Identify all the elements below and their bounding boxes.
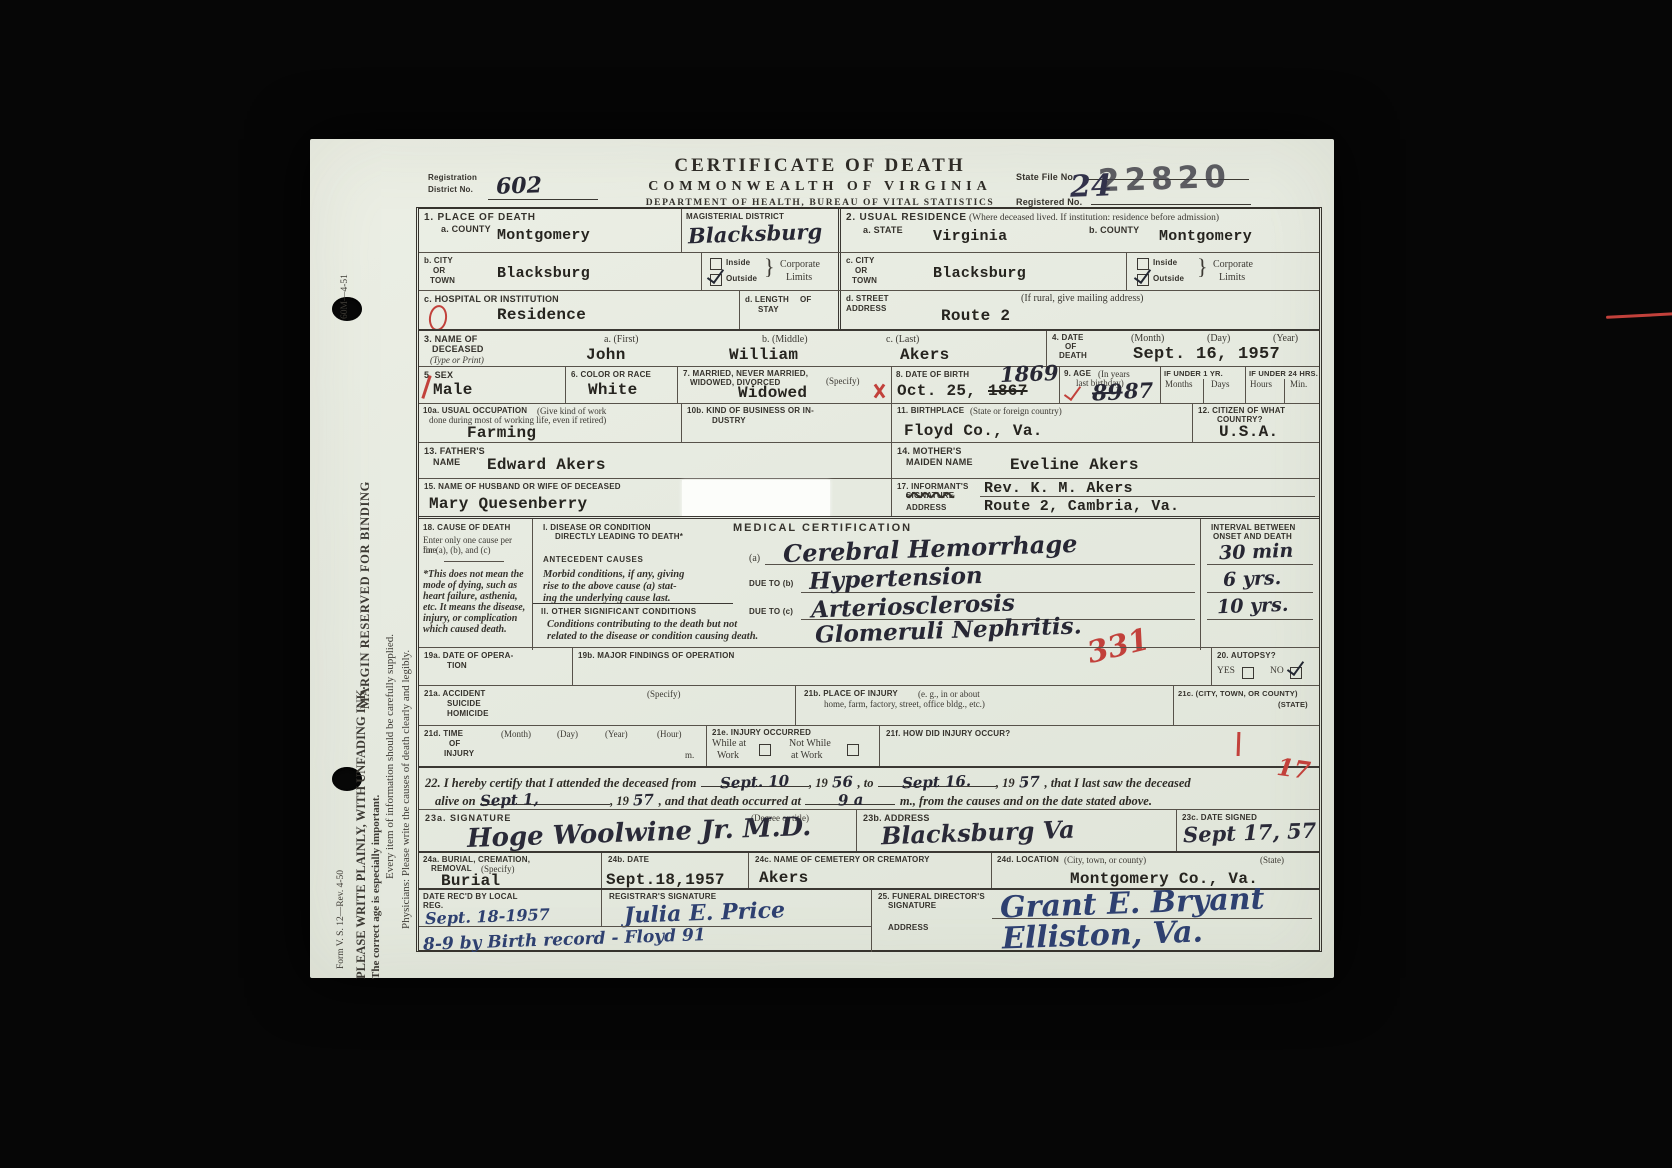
margin-physicians-note: Physicians: Please write the causes of d… [400,289,412,929]
field-place-corporate-limits: Inside Outside } Corporate Limits [701,253,839,291]
certify-text-3: , that I last saw the deceased [1044,776,1190,790]
accident-label: 21a. ACCIDENT [424,689,485,698]
field-if-under-24hrs: IF UNDER 24 HRS. Hours Min. [1245,367,1320,404]
interval-b-value: 6 yrs. [1223,567,1282,591]
age-value: 87 [1124,377,1154,403]
row-time-of-injury: 21d. TIME OF INJURY (Month) (Day) (Year)… [419,725,1319,767]
cause-a-value: Cerebral Hemorrhage [783,529,1078,568]
field-length-of-stay: d. LENGTH OF STAY [739,291,839,330]
registration-district: Registration District No. [428,173,477,194]
field-interval-onset-death: INTERVAL BETWEEN ONSET AND DEATH 30 min … [1200,519,1320,650]
mother-name-value: Eveline Akers [1010,456,1139,474]
field-hospital: c. HOSPITAL OR INSTITUTION Residence [419,291,739,330]
first-name-value: John [586,346,626,364]
place-city-value: Blacksburg [497,265,590,282]
birth-record-footnote: 8-9 by Birth record - Floyd 91 [423,925,706,955]
citizen-label-1: 12. CITIZEN OF WHAT [1198,406,1285,415]
row-operation-autopsy: 19a. DATE OF OPERA- TION 19b. MAJOR FIND… [419,647,1319,686]
marital-specify-note: (Specify) [826,376,860,386]
autopsy-label: 20. AUTOPSY? [1217,651,1276,660]
father-label: 13. FATHER'S [424,446,485,456]
margin-supply-note: Every item of information should be care… [384,259,396,879]
cemetery-value: Akers [759,869,809,887]
funeral-address-value: Elliston, Va. [1001,915,1203,957]
registrar-block: DATE REC'D BY LOCAL REG. Sept. 18-1957 R… [419,890,871,952]
disease-label-2: DIRECTLY LEADING TO DEATH* [555,532,683,541]
attended-from-year: 56 [832,773,853,792]
operation-date-label-1: 19a. DATE OF OPERA- [424,651,513,660]
informant-name-line [980,496,1315,497]
date-of-death-of: OF [1065,342,1077,351]
accident-specify-note: (Specify) [647,689,681,699]
time-of-injury-injury: INJURY [444,749,474,758]
business-label-2: DUSTRY [712,416,746,425]
color-race-label: 6. COLOR OR RACE [571,370,651,379]
burial-date-value: Sept.18,1957 [606,871,725,889]
state-file-label: State File No. [1016,172,1076,182]
outside-label: Outside [726,274,757,283]
informant-signature-struck: SIGNATURE [906,491,954,500]
death-day-label: (Day) [1207,333,1230,344]
certify-text-5: , and that death occurred at [659,794,801,808]
hospital-value: Residence [497,306,586,324]
row-cause-of-death: 18. CAUSE OF DEATH Enter only one cause … [419,516,1319,650]
informant-name-value: Rev. K. M. Akers [984,480,1133,497]
red-check-sex [421,375,431,399]
due-to-c-label: DUE TO (c) [749,607,793,616]
at-work-label: at Work [791,750,823,761]
length-of-stay-stay: STAY [758,305,779,314]
under-1yr-divider [1203,379,1204,404]
place-of-injury-note-2: home, farm, factory, street, office bldg… [824,699,985,709]
certify-text-1: 22. I hereby certify that I attended the… [425,776,696,790]
suicide-label: SUICIDE [447,699,481,708]
certificate-form: 1. PLACE OF DEATH a. COUNTY Montgomery M… [416,207,1322,952]
burial-label-1: 24a. BURIAL, CREMATION, [423,855,530,864]
disease-label-1: I. DISEASE OR CONDITION [543,523,651,532]
field-mother-name: 14. MOTHER'S MAIDEN NAME Eveline Akers [891,443,1320,479]
marital-label-1: 7. MARRIED, NEVER MARRIED, [683,369,808,378]
major-findings-label: 19b. MAJOR FINDINGS OF OPERATION [578,651,735,660]
residence-state-label: a. STATE [863,225,903,235]
father-name-value: Edward Akers [487,456,606,474]
signature-label: 23a. SIGNATURE [425,813,511,823]
place-of-injury-label: 21b. PLACE OF INJURY [804,689,898,698]
date-signed-value: Sept 17, 57 [1183,818,1317,848]
birth-year-struck: 1867 [988,382,1028,400]
residence-inside-label: Inside [1153,258,1177,267]
correction-patch [682,480,830,516]
work-label: Work [717,750,739,761]
spouse-label: 15. NAME OF HUSBAND OR WIFE OF DECEASED [424,482,621,491]
birthplace-note: (State or foreign country) [970,406,1062,416]
date-recd-value: Sept. 18-1957 [425,905,550,928]
age-label: 9. AGE [1064,369,1091,378]
field-cemetery-name: 24c. NAME OF CEMETERY OR CREMATORY Akers [748,853,992,890]
field-date-of-death: 4. DATE OF DEATH (Month) (Day) (Year) Se… [1046,331,1320,368]
field-date-of-birth: 8. DATE OF BIRTH 1869 Oct. 25, 1867 [891,367,1060,404]
injury-month-label: (Month) [501,729,531,739]
field-injury-occurred: 21e. INJURY OCCURRED While at Work Not W… [706,726,880,767]
red-check-age [1064,382,1081,401]
limits-label: Limits [786,272,812,283]
informant-address-value: Route 2, Cambria, Va. [984,498,1179,515]
field-magisterial-district: MAGISTERIAL DISTRICT Blacksburg [681,209,839,252]
not-while-label: Not While [789,738,831,749]
photo-backdrop: 60M—4-51 Form V. S. 12—Rev. 4-50 MARGIN … [0,0,1672,1168]
medical-certification-title: MEDICAL CERTIFICATION [733,522,912,534]
field-if-under-1yr: IF UNDER 1 YR. Months Days [1160,367,1246,404]
certificate-title: CERTIFICATE OF DEATH [610,155,1030,177]
field-informant: 17. INFORMANT'S SIGNATURE ADDRESS Rev. K… [891,479,1320,517]
corporate-brace: } [764,254,775,280]
location-note: (City, town, or county) [1064,855,1146,865]
last-name-label: c. (Last) [886,334,919,345]
autopsy-yes-checkbox [1242,667,1254,679]
row-accident: 21a. ACCIDENT SUICIDE HOMICIDE (Specify)… [419,685,1319,726]
field-birthplace: 11. BIRTHPLACE (State or foreign country… [891,404,1193,443]
residence-city-town: TOWN [852,276,877,285]
citizen-value: U.S.A. [1219,423,1278,441]
antecedent-causes-label: ANTECEDENT CAUSES [543,555,643,564]
street-address-note: (If rural, give mailing address) [1021,293,1143,304]
residence-limits-label: Limits [1219,272,1245,283]
field-accident-suicide: 21a. ACCIDENT SUICIDE HOMICIDE (Specify) [419,686,795,726]
residence-county-value: Montgomery [1159,228,1252,245]
red-17-mark: 17 [1275,752,1312,785]
attended-to-year: 57 [1019,773,1040,792]
time-of-injury-of: OF [449,739,461,748]
alive-on-value: Sept 1, [480,790,539,810]
months-label: Months [1165,379,1193,389]
place-city-label: b. CITY [424,256,453,265]
residence-outside-label: Outside [1153,274,1184,283]
row-certification: 22. I hereby certify that I attended the… [419,766,1319,811]
registrar-signature-value: Julia E. Price [624,897,786,929]
place-of-death-title: 1. PLACE OF DEATH [424,212,536,223]
state-file-number-stamp: 22820 [1097,159,1231,200]
funeral-address-label: ADDRESS [888,923,929,932]
injury-hour-label: (Hour) [657,729,682,739]
death-month-label: (Month) [1131,333,1164,344]
due-to-b-label: DUE TO (b) [749,579,794,588]
location-label: 24d. LOCATION [997,855,1059,864]
row-spouse-informant: 15. NAME OF HUSBAND OR WIFE OF DECEASED … [419,478,1319,517]
mother-label: 14. MOTHER'S [897,446,962,456]
certification-line-2: alive on Sept 1,, 19 57 , and that death… [435,791,1313,810]
occupation-label: 10a. USUAL OCCUPATION [423,406,527,415]
spouse-name-value: Mary Quesenberry [429,495,587,513]
alive-on-year: 57 [633,791,654,810]
field-deceased-names: a. (First) John b. (Middle) William c. (… [564,331,1046,368]
injury-m-label: m. [685,750,694,760]
location-state-note: (State) [1260,855,1284,865]
while-at-label: While at [712,738,746,749]
injury-year-label: (Year) [605,729,628,739]
row-physician-signature: 23a. SIGNATURE (Degree or title) Hoge Wo… [419,809,1319,852]
residence-corporate-brace: } [1197,254,1208,280]
place-of-injury-note-1: (e. g., in or about [918,689,980,699]
other-conditions-label: II. OTHER SIGNIFICANT CONDITIONS [541,607,696,616]
form-code: Form V. S. 12—Rev. 4-50 [336,779,346,969]
funeral-director-block: 25. FUNERAL DIRECTOR'S SIGNATURE Grant E… [871,890,1320,952]
red-underline-mark [1606,312,1672,319]
magisterial-district-value: Blacksburg [688,219,823,249]
street-address-label: d. STREET [846,294,889,303]
interval-b-line [1207,592,1313,593]
district-no-value: 602 [496,172,543,200]
margin-plainly-note: PLEASE WRITE PLAINLY, WITH UNFADING INK. [354,609,369,979]
field-street-address: d. STREET ADDRESS (If rural, give mailin… [838,291,1322,330]
cause-note-2: *This does not mean the mode of dying, s… [423,569,527,635]
interval-c-line [1207,619,1313,620]
other-conditions-divider [533,603,733,604]
sex-value: Male [433,381,473,399]
min-label: Min. [1290,379,1307,389]
field-place-of-death-county: 1. PLACE OF DEATH a. COUNTY Montgomery [419,209,681,252]
cause-a-label: (a) [749,553,760,564]
field-color-race: 6. COLOR OR RACE White [565,367,678,404]
certificate-header: CERTIFICATE OF DEATH COMMONWEALTH OF VIR… [610,155,1030,208]
row-city-town: b. CITY OR TOWN Blacksburg Inside Outsid… [419,252,1319,291]
date-recd-label-1: DATE REC'D BY LOCAL [423,892,518,901]
while-at-work-checkbox [759,744,771,756]
field-physician-address: 23b. ADDRESS Blacksburg Va [856,810,1177,852]
field-injury-city: 21c. (CITY, TOWN, OR COUNTY) (STATE) [1173,686,1320,726]
county-label: a. COUNTY [441,224,491,234]
cause-b-value: Hypertension [809,562,984,595]
row-place-residence: 1. PLACE OF DEATH a. COUNTY Montgomery M… [419,209,1319,252]
residence-city-label: c. CITY [846,256,875,265]
date-of-death-label: 4. DATE [1052,333,1083,342]
field-residence-corporate-limits: Inside Outside } Corporate Limits [1126,253,1320,291]
registrar-divider [601,890,602,926]
funeral-director-label-1: 25. FUNERAL DIRECTOR'S [878,892,985,901]
red-tick-21f [1237,732,1241,756]
father-name-label: NAME [433,457,460,467]
death-certificate: 60M—4-51 Form V. S. 12—Rev. 4-50 MARGIN … [310,139,1334,978]
field-name-of-deceased-label: 3. NAME OF DECEASED (Type or Print) [419,331,564,368]
birthplace-label: 11. BIRTHPLACE [897,406,964,415]
attended-to-value: Sept 16. [902,772,972,792]
middle-name-value: William [729,346,798,364]
margin-age-note: The correct age is especially important. [370,639,382,979]
operation-date-label-2: TION [447,661,467,670]
red-zero-mark [427,304,448,332]
field-spouse-name: 15. NAME OF HUSBAND OR WIFE OF DECEASED … [419,479,891,517]
attended-from-value: Sept. 10 [720,772,790,792]
residence-corporate-label: Corporate [1213,259,1253,270]
last-name-value: Akers [900,346,950,364]
autopsy-no-label: NO [1270,666,1284,676]
physician-address-value: Blacksburg Va [881,815,1076,851]
interval-a-value: 30 min [1219,540,1294,565]
date-of-birth-label: 8. DATE OF BIRTH [896,370,969,379]
hospital-label: c. HOSPITAL OR INSTITUTION [424,294,559,304]
field-sex: 5. SEX Male [419,367,565,404]
informant-address-label: ADDRESS [906,503,947,512]
row-hospital-street: c. HOSPITAL OR INSTITUTION Residence d. … [419,290,1319,330]
cause-of-death-title: 18. CAUSE OF DEATH [423,523,510,532]
other-conditions-note-1: Conditions contributing to the death but… [547,619,737,630]
date-of-death-value: Sept. 16, 1957 [1133,345,1280,364]
inside-label: Inside [726,258,750,267]
death-year-label: (Year) [1273,333,1298,344]
field-date-signed: 23c. DATE SIGNED Sept 17, 57 [1176,810,1320,852]
field-burial-date: 24b. DATE Sept.18,1957 [601,853,749,890]
antecedent-note-2: rise to the above cause (a) stat- [543,581,677,592]
field-marital-status: 7. MARRIED, NEVER MARRIED, WIDOWED, DIVO… [677,367,892,404]
informant-label: 17. INFORMANT'S [897,482,969,491]
length-of-stay-of: OF [800,295,812,304]
injury-occurred-label: 21e. INJURY OCCURRED [712,728,811,737]
usual-residence-title: 2. USUAL RESIDENCE [846,212,967,223]
physician-signature-value: Hoge Woolwine Jr. M.D. [467,812,812,854]
field-how-injury-occurred: 21f. HOW DID INJURY OCCUR? [879,726,1320,767]
field-usual-residence: 2. USUAL RESIDENCE (Where deceased lived… [838,209,1322,252]
field-place-city: b. CITY OR TOWN Blacksburg [419,253,701,291]
district-no-label: District No. [428,185,477,194]
field-physician-signature: 23a. SIGNATURE (Degree or title) Hoge Wo… [419,810,856,852]
row-registrar-funeral: DATE REC'D BY LOCAL REG. Sept. 18-1957 R… [419,888,1319,952]
residence-state-value: Virginia [933,228,1007,245]
certify-text-4: alive on [435,794,476,808]
homicide-label: HOMICIDE [447,709,489,718]
field-major-findings: 19b. MAJOR FINDINGS OF OPERATION [572,648,1212,686]
residence-city-or: OR [855,266,867,275]
autopsy-yes-label: YES [1217,666,1235,676]
field-occupation: 10a. USUAL OCCUPATION (Give kind of work… [419,404,681,443]
field-father-name: 13. FATHER'S NAME Edward Akers [419,443,891,479]
place-city-or: OR [433,266,445,275]
under-1yr-label: IF UNDER 1 YR. [1164,369,1223,378]
other-conditions-note-2: related to the disease or condition caus… [547,631,758,642]
marital-value: Widowed [738,384,807,402]
funeral-director-label-2: SIGNATURE [888,901,936,910]
print-code: 60M—4-51 [340,179,350,319]
field-place-of-injury: 21b. PLACE OF INJURY (e. g., in or about… [795,686,1174,726]
registration-label: Registration [428,173,477,182]
field-burial-type: 24a. BURIAL, CREMATION, REMOVAL (Specify… [419,853,601,890]
cause-note-divider [444,561,504,562]
certify-19c: , 19 [610,794,629,808]
under-24hrs-label: IF UNDER 24 HRS. [1249,369,1318,378]
row-deceased-name: 3. NAME OF DECEASED (Type or Print) a. (… [419,329,1319,368]
name-of-label: 3. NAME OF [424,334,478,344]
how-injury-label: 21f. HOW DID INJURY OCCUR? [886,729,1010,738]
district-no-line: 602 [488,171,598,200]
registered-number-handwritten: 24 [1069,168,1112,204]
cause-note-1b: for (a), (b), and (c) [423,545,490,555]
time-of-injury-label: 21d. TIME [424,729,463,738]
residence-county-label: b. COUNTY [1089,225,1139,235]
certification-line-1: 22. I hereby certify that I attended the… [425,773,1313,792]
street-address-value: Route 2 [941,307,1010,325]
date-of-death-death: DEATH [1059,351,1087,360]
corporate-label: Corporate [780,259,820,270]
residence-city-value: Blacksburg [933,265,1026,282]
field-residence-city: c. CITY OR TOWN Blacksburg [838,253,1129,291]
commonwealth-subtitle: COMMONWEALTH OF VIRGINIA [610,179,1030,195]
row-occupation: 10a. USUAL OCCUPATION (Give kind of work… [419,403,1319,443]
date-of-birth-value: Oct. 25, [897,382,976,400]
certify-text-6: m., from the causes and on the date stat… [900,794,1152,808]
field-date-of-operation: 19a. DATE OF OPERA- TION [419,648,572,686]
hours-label: Hours [1250,379,1272,389]
antecedent-note-1: Morbid conditions, if any, giving [543,569,684,580]
row-parents: 13. FATHER'S NAME Edward Akers 14. MOTHE… [419,442,1319,479]
death-hour-value: 9 a [837,791,863,810]
cemetery-label: 24c. NAME OF CEMETERY OR CREMATORY [755,855,930,864]
length-of-stay-label: d. LENGTH [745,295,789,304]
mother-maiden-label: MAIDEN NAME [906,457,973,467]
first-name-label: a. (First) [604,334,638,345]
usual-residence-note: (Where deceased lived. If institution: r… [969,213,1219,223]
injury-city-label: 21c. (CITY, TOWN, OR COUNTY) [1178,689,1298,698]
injury-state-label: (STATE) [1278,700,1308,709]
field-business-industry: 10b. KIND OF BUSINESS OR IN- DUSTRY [681,404,892,443]
not-while-at-work-checkbox [847,744,859,756]
place-city-town: TOWN [430,276,455,285]
interval-c-value: 10 yrs. [1217,594,1289,618]
field-citizen: 12. CITIZEN OF WHAT COUNTRY? U.S.A. [1192,404,1320,443]
field-autopsy: 20. AUTOPSY? YES NO [1211,648,1320,686]
field-age: 9. AGE (In years last birthday) 89 87 [1059,367,1161,404]
certify-19b: , 19 [996,776,1015,790]
injury-day-label: (Day) [557,729,578,739]
county-value: Montgomery [497,227,590,244]
business-label-1: 10b. KIND OF BUSINESS OR IN- [687,406,814,415]
street-address-label2: ADDRESS [846,304,887,313]
field-cause-of-death-notes: 18. CAUSE OF DEATH Enter only one cause … [419,519,532,650]
under-24hrs-divider [1284,379,1285,404]
occupation-value: Farming [467,424,536,442]
deceased-label: DECEASED [432,344,484,354]
row-sex-race-birth: 5. SEX Male 6. COLOR OR RACE White 7. MA… [419,366,1319,404]
middle-name-label: b. (Middle) [762,334,808,345]
type-or-print-note: (Type or Print) [430,355,484,365]
birthplace-value: Floyd Co., Va. [904,422,1043,440]
certify-text-2: , to [857,776,873,790]
certify-19a: , 19 [809,776,828,790]
color-race-value: White [588,381,638,399]
field-medical-certification: MEDICAL CERTIFICATION I. DISEASE OR COND… [532,519,1201,650]
days-label: Days [1211,379,1230,389]
burial-date-label: 24b. DATE [608,855,649,864]
interval-label-1: INTERVAL BETWEEN [1211,523,1296,532]
field-time-of-injury: 21d. TIME OF INJURY (Month) (Day) (Year)… [419,726,706,767]
